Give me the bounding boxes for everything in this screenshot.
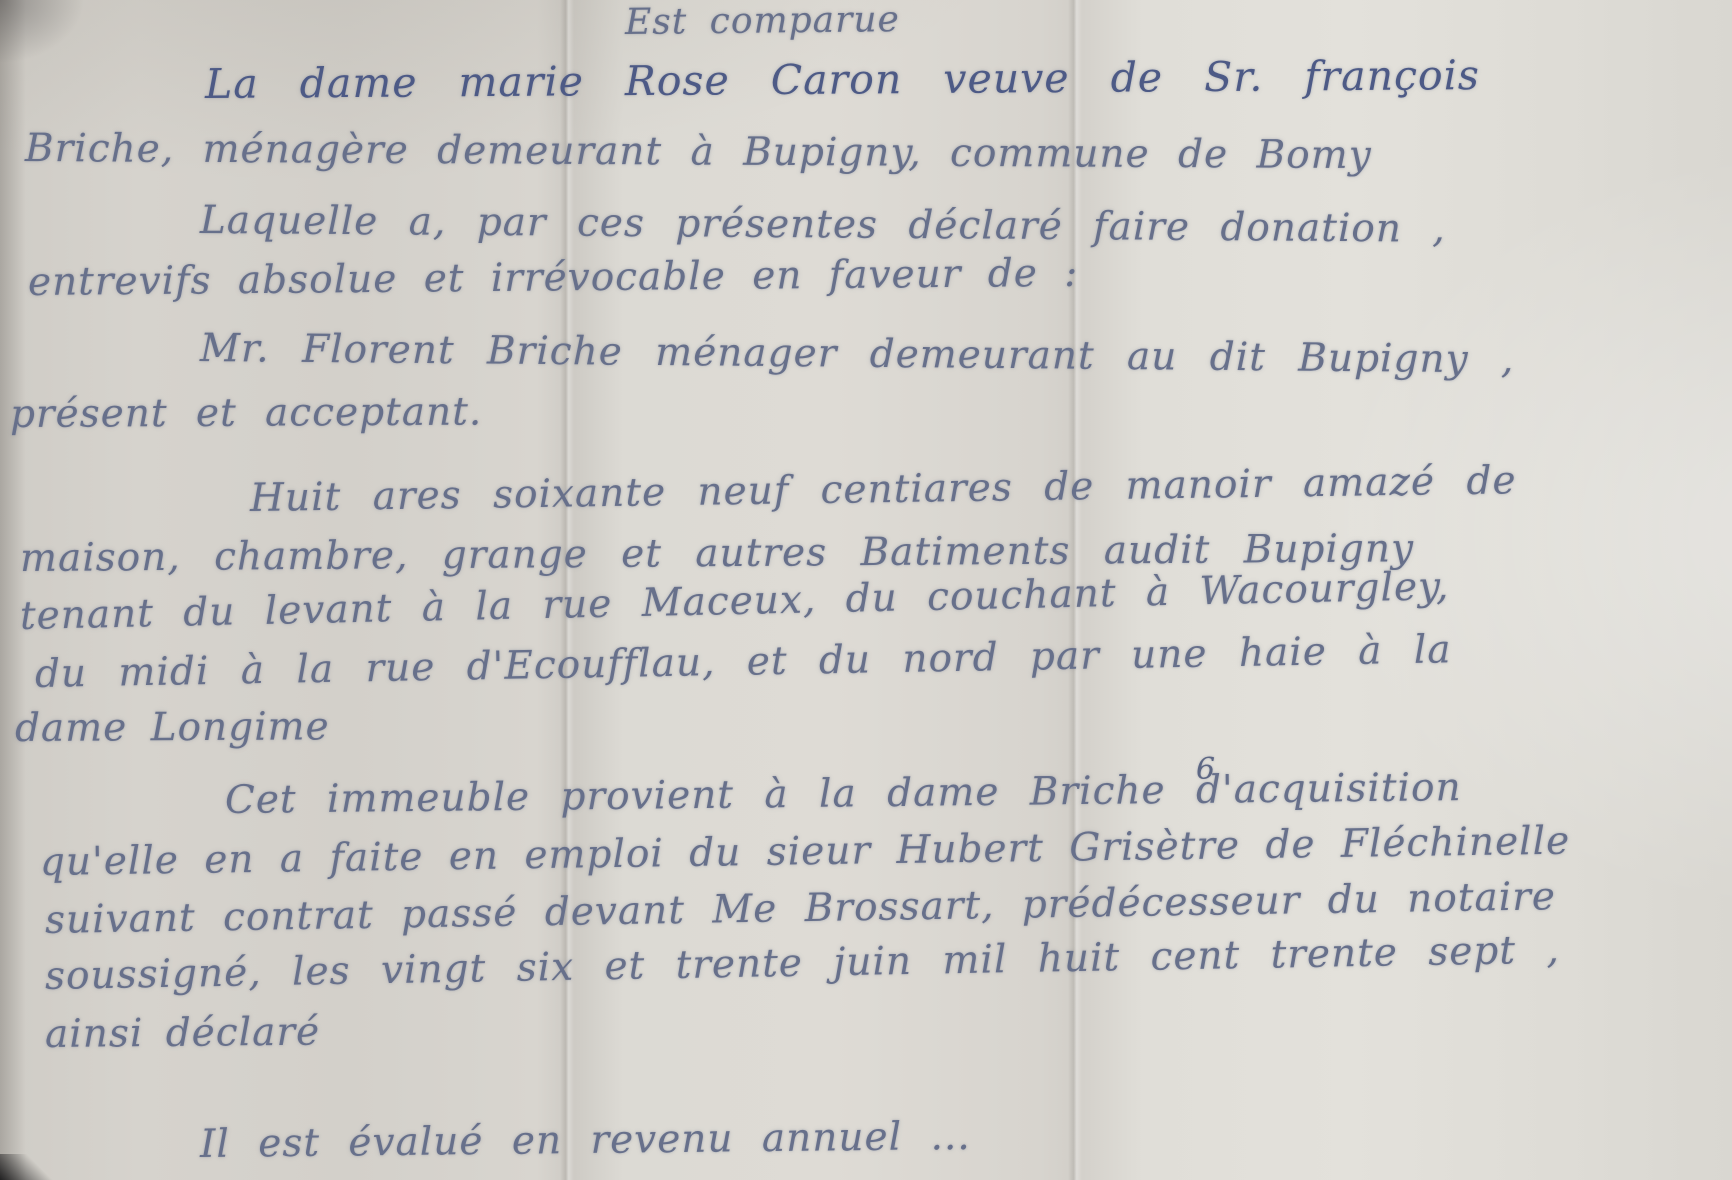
manuscript-line: Mr. Florent Briche ménager demeurant au …: [200, 326, 1515, 382]
manuscript-line: du midi à la rue d'Ecoufflau, et du nord…: [35, 627, 1452, 697]
manuscript-line: Briche, ménagère demeurant à Bupigny, co…: [25, 126, 1372, 178]
manuscript-page: Est comparue La dame marie Rose Caron ve…: [0, 0, 1732, 1180]
manuscript-line: dame Longime: [15, 704, 330, 751]
manuscript-line: présent et acceptant.: [10, 390, 482, 437]
manuscript-line: La dame marie Rose Caron veuve de Sr. fr…: [205, 51, 1480, 108]
paper-corner-shadow: [0, 1154, 70, 1180]
manuscript-line: entrevifs absolue et irrévocable en fave…: [28, 251, 1079, 305]
manuscript-line: ainsi déclaré: [45, 1010, 320, 1057]
manuscript-line: Huit ares soixante neuf centiares de man…: [250, 458, 1517, 521]
manuscript-line: Laquelle a, par ces présentes déclaré fa…: [200, 198, 1446, 252]
heading-line: Est comparue: [625, 0, 900, 43]
paper-corner-shadow: [0, 0, 120, 90]
manuscript-line: qu'elle en a faite en emploi du sieur Hu…: [40, 819, 1571, 885]
manuscript-line: Il est évalué en revenu annuel ...: [200, 1114, 971, 1167]
paper-edge-shadow: [0, 0, 26, 1180]
manuscript-line: Cet immeuble provient à la dame Briche d…: [225, 765, 1462, 823]
